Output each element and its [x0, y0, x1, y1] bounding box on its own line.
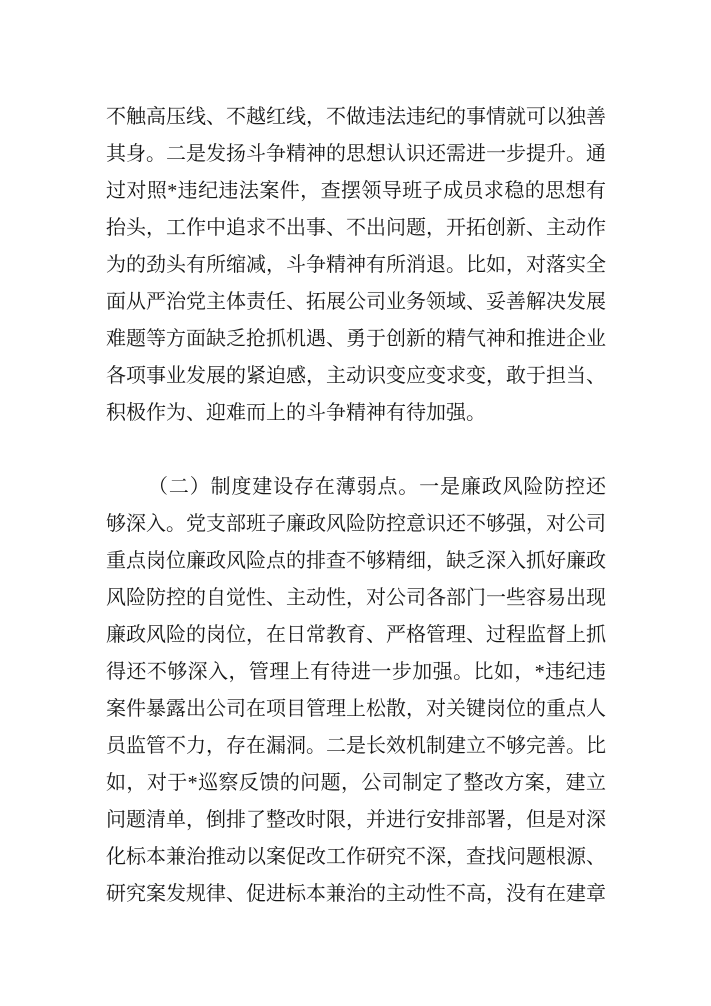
text-line: 过对照*违纪违法案件，查摆领导班子成员求稳的思想有所	[106, 173, 606, 210]
paragraph-section-2: （二）制度建设存在薄弱点。一是廉政风险防控还不 够深入。党支部班子廉政风险防控意…	[106, 469, 606, 913]
text-line: 为的劲头有所缩减，斗争精神有所消退。比如，对落实全	[106, 247, 606, 284]
text-line: 案件暴露出公司在项目管理上松散，对关键岗位的重点人	[106, 691, 606, 728]
text-line: 员监管不力，存在漏洞。二是长效机制建立不够完善。比	[106, 728, 606, 765]
text-line: 面从严治党主体责任、拓展公司业务领域、妥善解决发展	[106, 284, 606, 321]
text-line: 重点岗位廉政风险点的排查不够精细，缺乏深入抓好廉政	[106, 543, 606, 580]
text-line: 得还不够深入，管理上有待进一步加强。比如，*违纪违法	[106, 654, 606, 691]
text-line: 研究案发规律、促进标本兼治的主动性不高，没有在建章	[106, 876, 606, 913]
text-line: 如，对于*巡察反馈的问题，公司制定了整改方案，建立了	[106, 765, 606, 802]
text-line: 不触高压线、不越红线，不做违法违纪的事情就可以独善	[106, 99, 606, 136]
text-line: 其身。二是发扬斗争精神的思想认识还需进一步提升。通	[106, 136, 606, 173]
text-line: 够深入。党支部班子廉政风险防控意识还不够强，对公司	[106, 506, 606, 543]
text-line: 风险防控的自觉性、主动性，对公司各部门一些容易出现	[106, 580, 606, 617]
text-line: 廉政风险的岗位，在日常教育、严格管理、过程监督上抓	[106, 617, 606, 654]
paragraph-continuation: 不触高压线、不越红线，不做违法违纪的事情就可以独善 其身。二是发扬斗争精神的思想…	[106, 99, 606, 432]
document-page: 不触高压线、不越红线，不做违法违纪的事情就可以独善 其身。二是发扬斗争精神的思想…	[0, 0, 711, 1006]
text-line: 抬头，工作中追求不出事、不出问题，开拓创新、主动作	[106, 210, 606, 247]
text-line: （二）制度建设存在薄弱点。一是廉政风险防控还不	[106, 469, 606, 506]
text-line: 各项事业发展的紧迫感，主动识变应变求变，敢于担当、	[106, 358, 606, 395]
text-line: 问题清单，倒排了整改时限，并进行安排部署，但是对深	[106, 802, 606, 839]
document-content: 不触高压线、不越红线，不做违法违纪的事情就可以独善 其身。二是发扬斗争精神的思想…	[106, 99, 606, 913]
text-line: 化标本兼治推动以案促改工作研究不深，查找问题根源、	[106, 839, 606, 876]
text-line: 难题等方面缺乏抢抓机遇、勇于创新的精气神和推进企业	[106, 321, 606, 358]
text-line: 积极作为、迎难而上的斗争精神有待加强。	[106, 395, 606, 432]
